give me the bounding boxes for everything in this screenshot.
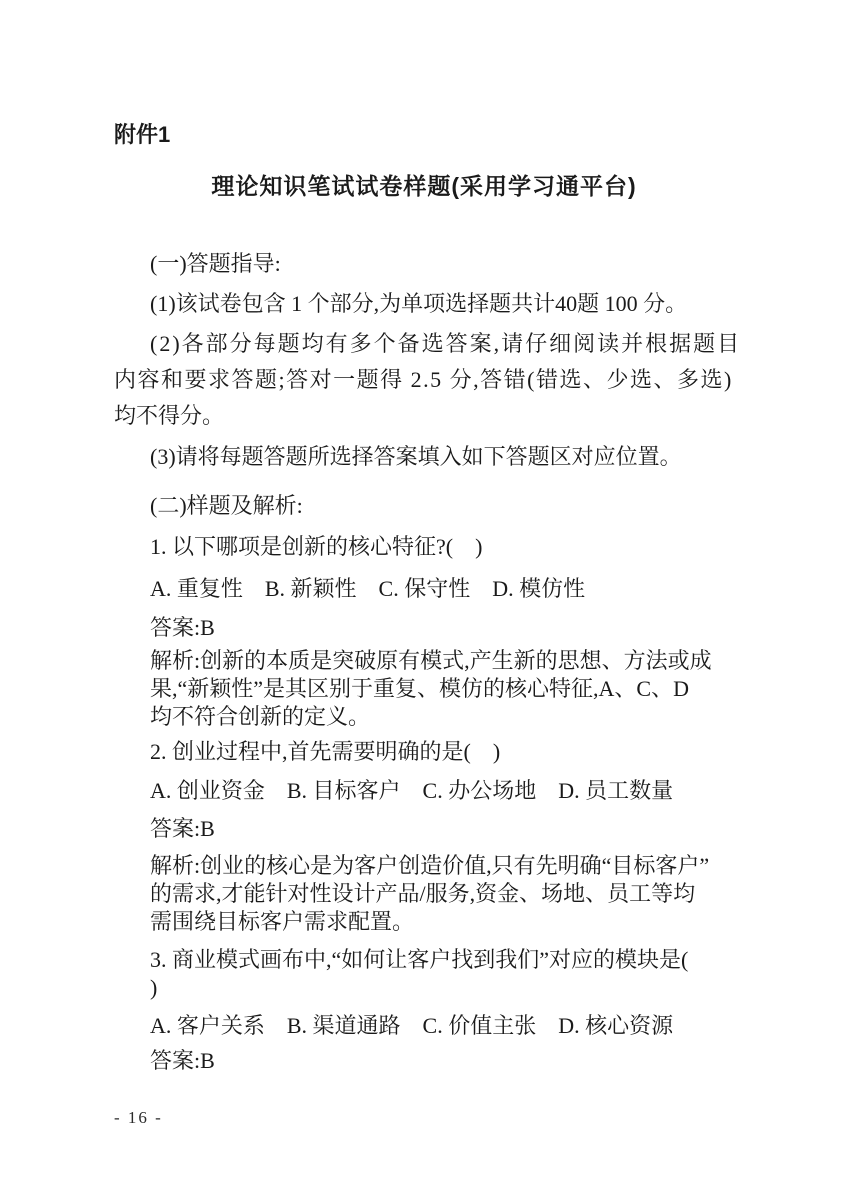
q3-options: A. 客户关系 B. 渠道通路 C. 价值主张 D. 核心资源 [150, 1012, 752, 1040]
guidance-item-1: (1)该试卷包含 1 个部分,为单项选择题共计40题 100 分。 [114, 290, 752, 318]
q2-analysis-line-1: 解析:创业的核心是为客户创造价值,只有先明确“目标客户” [150, 852, 752, 880]
guidance-item-2-line-2: 内容和要求答题;答对一题得 2.5 分,答错(错选、少选、多选) [114, 366, 752, 394]
q2-analysis-line-2: 的需求,才能针对性设计产品/服务,资金、场地、员工等均 [150, 880, 752, 908]
q1-options: A. 重复性 B. 新颖性 C. 保守性 D. 模仿性 [150, 575, 752, 603]
q3-answer: 答案:B [150, 1047, 752, 1075]
guidance-heading: (一)答题指导: [114, 250, 752, 278]
guidance-item-2-line-3: 均不得分。 [114, 402, 752, 430]
q2-options: A. 创业资金 B. 目标客户 C. 办公场地 D. 员工数量 [150, 777, 752, 805]
q1-question: 1. 以下哪项是创新的核心特征?( ) [150, 533, 752, 561]
document-body: (一)答题指导: (1)该试卷包含 1 个部分,为单项选择题共计40题 100 … [114, 250, 752, 1075]
guidance-item-3: (3)请将每题答题所选择答案填入如下答题区对应位置。 [114, 443, 752, 471]
q1-analysis-line-1: 解析:创新的本质是突破原有模式,产生新的思想、方法或成 [150, 647, 752, 675]
q3-question-line-1: 3. 商业模式画布中,“如何让客户找到我们”对应的模块是( [150, 946, 752, 974]
doc-title: 理论知识笔试试卷样题(采用学习通平台) [0, 170, 848, 202]
page-number: - 16 - [114, 1107, 848, 1129]
samples-heading: (二)样题及解析: [114, 492, 752, 520]
q1-answer: 答案:B [150, 614, 752, 642]
document-page: 附件1 理论知识笔试试卷样题(采用学习通平台) (一)答题指导: (1)该试卷包… [0, 0, 848, 1200]
q2-analysis-line-3: 需围绕目标客户需求配置。 [150, 908, 752, 936]
q2-question: 2. 创业过程中,首先需要明确的是( ) [150, 738, 752, 766]
q1-analysis-line-3: 均不符合创新的定义。 [150, 703, 752, 731]
guidance-item-2-line-1: (2)各部分每题均有多个备选答案,请仔细阅读并根据题目 [114, 330, 752, 358]
attachment-label: 附件1 [114, 120, 848, 150]
q2-answer: 答案:B [150, 815, 752, 843]
sample-questions-section: 1. 以下哪项是创新的核心特征?( ) A. 重复性 B. 新颖性 C. 保守性… [150, 533, 752, 1075]
q1-analysis-line-2: 果,“新颖性”是其区别于重复、模仿的核心特征,A、C、D [150, 675, 752, 703]
q3-question-line-2: ) [150, 974, 752, 1002]
